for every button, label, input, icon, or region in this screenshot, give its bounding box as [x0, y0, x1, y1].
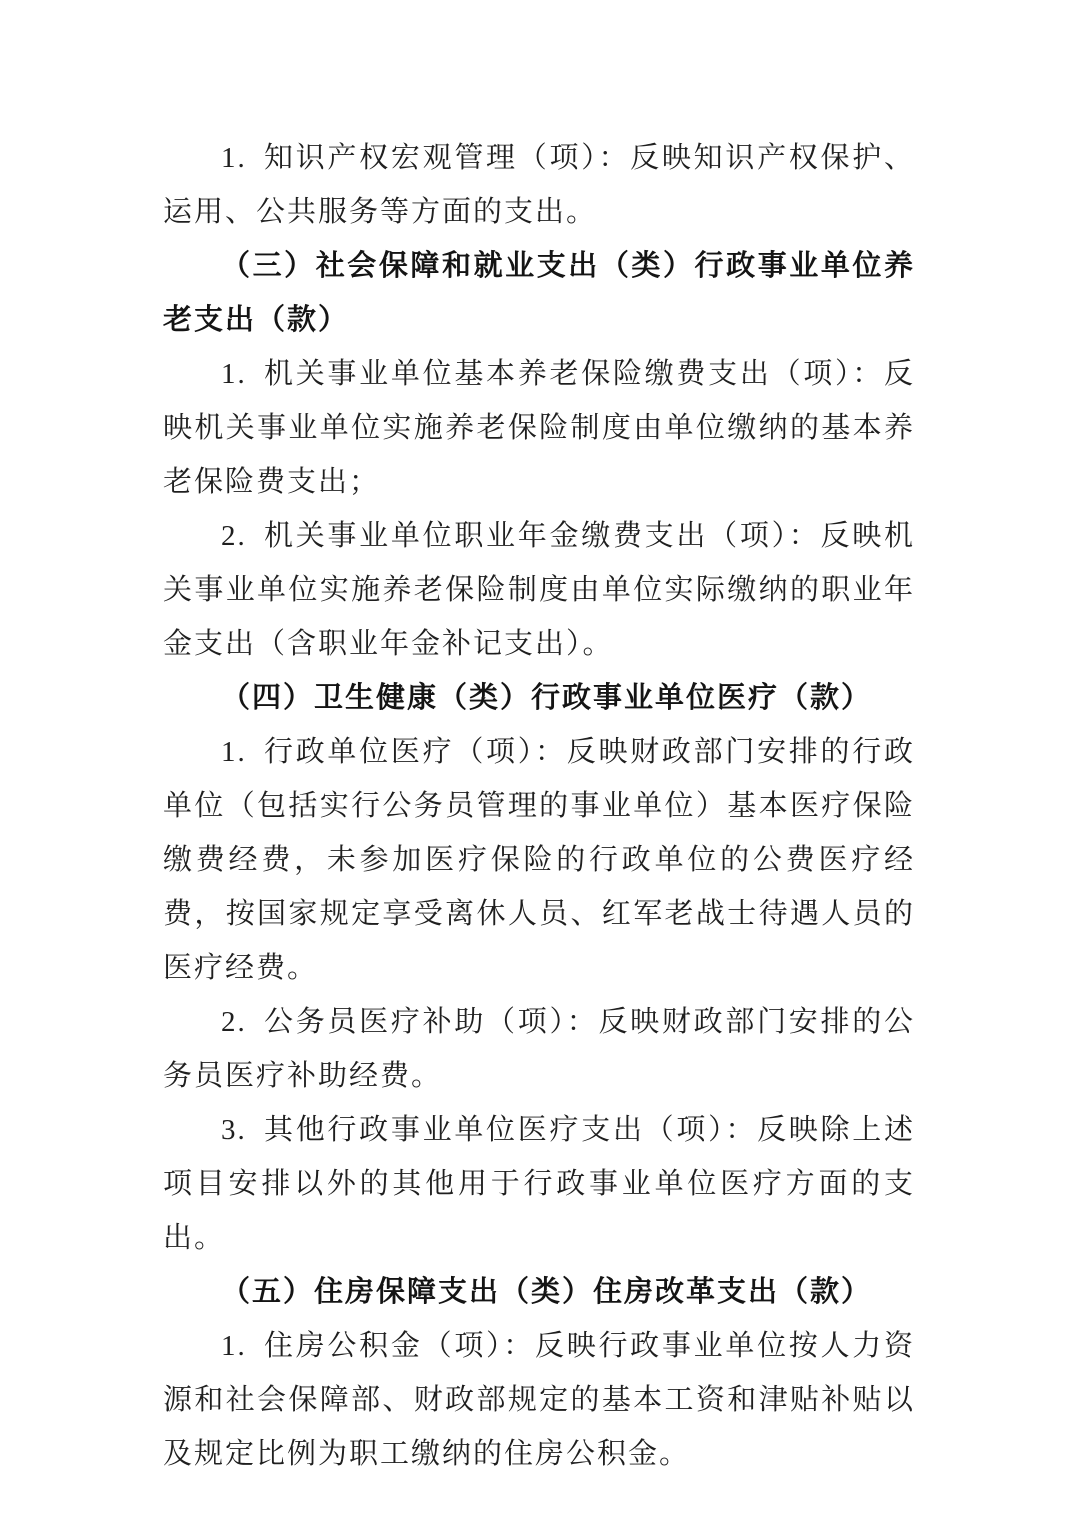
paragraph-ip-macro-management: 1. 知识产权宏观管理（项）：反映知识产权保护、运用、公共服务等方面的支出。 [163, 131, 915, 239]
paragraph-administrative-unit-medical: 1. 行政单位医疗（项）：反映财政部门安排的行政单位（包括实行公务员管理的事业单… [163, 725, 915, 995]
section-heading-health: （四）卫生健康（类）行政事业单位医疗（款） [163, 671, 915, 725]
section-heading-social-security-employment: （三）社会保障和就业支出（类）行政事业单位养老支出（款） [163, 239, 915, 347]
paragraph-other-medical-expenditure: 3. 其他行政事业单位医疗支出（项）：反映除上述项目安排以外的其他用于行政事业单… [163, 1103, 915, 1265]
paragraph-civil-servant-medical-subsidy: 2. 公务员医疗补助（项）：反映财政部门安排的公务员医疗补助经费。 [163, 995, 915, 1103]
paragraph-occupational-annuity-contribution: 2. 机关事业单位职业年金缴费支出（项）：反映机关事业单位实施养老保险制度由单位… [163, 509, 915, 671]
paragraph-housing-provident-fund: 1. 住房公积金（项）：反映行政事业单位按人力资源和社会保障部、财政部规定的基本… [163, 1319, 915, 1481]
section-heading-housing-security: （五）住房保障支出（类）住房改革支出（款） [163, 1265, 915, 1319]
paragraph-basic-pension-contribution: 1. 机关事业单位基本养老保险缴费支出（项）：反映机关事业单位实施养老保险制度由… [163, 347, 915, 509]
document-page: 1. 知识产权宏观管理（项）：反映知识产权保护、运用、公共服务等方面的支出。 （… [0, 0, 1074, 1520]
